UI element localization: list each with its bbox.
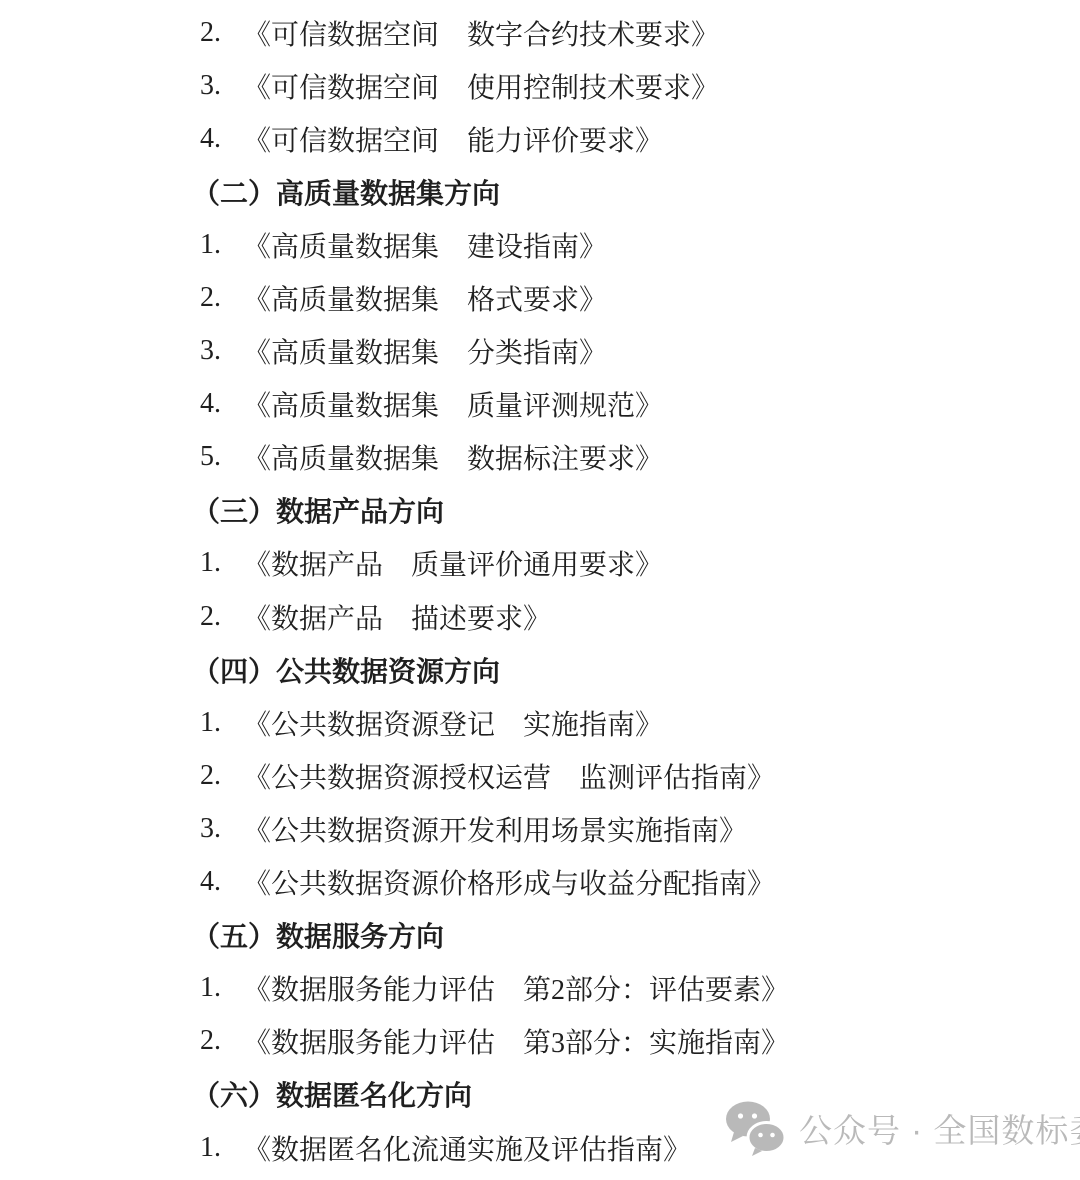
item-title: 《高质量数据集 分类指南》 [243, 331, 607, 371]
section-heading: （四）公共数据资源方向 [192, 643, 1060, 696]
section-heading-text: （二）高质量数据集方向 [192, 172, 500, 212]
item-number: 3. [200, 335, 243, 367]
item-number: 4. [200, 866, 243, 898]
item-title: 《数据服务能力评估 第2部分：评估要素》 [243, 968, 789, 1008]
section-heading-text: （四）公共数据资源方向 [192, 650, 500, 690]
section-heading-text: （六）数据匿名化方向 [192, 1074, 472, 1114]
item-number: 4. [200, 388, 243, 420]
watermark: 公众号 · 全国数标委 [724, 1100, 1080, 1156]
item-number: 2. [200, 760, 243, 792]
list-item: 4. 《公共数据资源价格形成与收益分配指南》 [200, 856, 1060, 909]
item-number: 1. [200, 972, 243, 1004]
list-item: 2. 《数据服务能力评估 第3部分：实施指南》 [200, 1015, 1060, 1068]
item-number: 2. [200, 1025, 243, 1057]
item-title: 《公共数据资源授权运营 监测评估指南》 [243, 756, 775, 796]
item-title: 《高质量数据集 格式要求》 [243, 278, 607, 318]
item-number: 1. [200, 547, 243, 579]
list-item: 2. 《高质量数据集 格式要求》 [200, 271, 1060, 324]
list-item: 2. 《数据产品 描述要求》 [200, 590, 1060, 643]
item-number: 3. [200, 813, 243, 845]
item-title: 《高质量数据集 建设指南》 [243, 225, 607, 265]
section-heading: （五）数据服务方向 [192, 909, 1060, 962]
item-number: 1. [200, 707, 243, 739]
section-heading-text: （三）数据产品方向 [192, 490, 444, 530]
list-item: 2. 《公共数据资源授权运营 监测评估指南》 [200, 749, 1060, 802]
list-item: 1. 《公共数据资源登记 实施指南》 [200, 696, 1060, 749]
item-title: 《数据服务能力评估 第3部分：实施指南》 [243, 1021, 789, 1061]
item-number: 1. [200, 229, 243, 261]
item-title: 《高质量数据集 数据标注要求》 [243, 437, 663, 477]
document-page: 2. 《可信数据空间 数字合约技术要求》 3. 《可信数据空间 使用控制技术要求… [0, 0, 1080, 1180]
item-title: 《公共数据资源登记 实施指南》 [243, 703, 663, 743]
list-item: 4. 《可信数据空间 能力评价要求》 [200, 112, 1060, 165]
list-item: 1. 《数据产品 质量评价通用要求》 [200, 537, 1060, 590]
list-item: 5. 《高质量数据集 数据标注要求》 [200, 431, 1060, 484]
item-number: 1. [200, 1132, 243, 1164]
item-title: 《可信数据空间 能力评价要求》 [243, 119, 663, 159]
item-number: 2. [200, 282, 243, 314]
standards-list: 2. 《可信数据空间 数字合约技术要求》 3. 《可信数据空间 使用控制技术要求… [200, 6, 1060, 1174]
item-title: 《数据产品 质量评价通用要求》 [243, 543, 663, 583]
list-item: 3. 《高质量数据集 分类指南》 [200, 325, 1060, 378]
item-title: 《数据产品 描述要求》 [243, 597, 551, 637]
item-number: 3. [200, 70, 243, 102]
watermark-text: 公众号 · 全国数标委 [799, 1105, 1080, 1152]
item-title: 《公共数据资源开发利用场景实施指南》 [243, 809, 747, 849]
item-number: 5. [200, 441, 243, 473]
item-number: 4. [200, 123, 243, 155]
item-number: 2. [200, 17, 243, 49]
item-title: 《高质量数据集 质量评测规范》 [243, 384, 663, 424]
item-title: 《可信数据空间 使用控制技术要求》 [243, 66, 719, 106]
list-item: 1. 《数据服务能力评估 第2部分：评估要素》 [200, 962, 1060, 1015]
wechat-icon [724, 1100, 786, 1156]
section-heading: （二）高质量数据集方向 [192, 165, 1060, 218]
list-item: 2. 《可信数据空间 数字合约技术要求》 [200, 6, 1060, 59]
section-heading-text: （五）数据服务方向 [192, 915, 444, 955]
item-title: 《公共数据资源价格形成与收益分配指南》 [243, 862, 775, 902]
item-number: 2. [200, 601, 243, 633]
section-heading: （三）数据产品方向 [192, 484, 1060, 537]
list-item: 1. 《高质量数据集 建设指南》 [200, 218, 1060, 271]
list-item: 4. 《高质量数据集 质量评测规范》 [200, 378, 1060, 431]
list-item: 3. 《公共数据资源开发利用场景实施指南》 [200, 802, 1060, 855]
list-item: 3. 《可信数据空间 使用控制技术要求》 [200, 59, 1060, 112]
item-title: 《可信数据空间 数字合约技术要求》 [243, 13, 719, 53]
item-title: 《数据匿名化流通实施及评估指南》 [243, 1128, 691, 1168]
